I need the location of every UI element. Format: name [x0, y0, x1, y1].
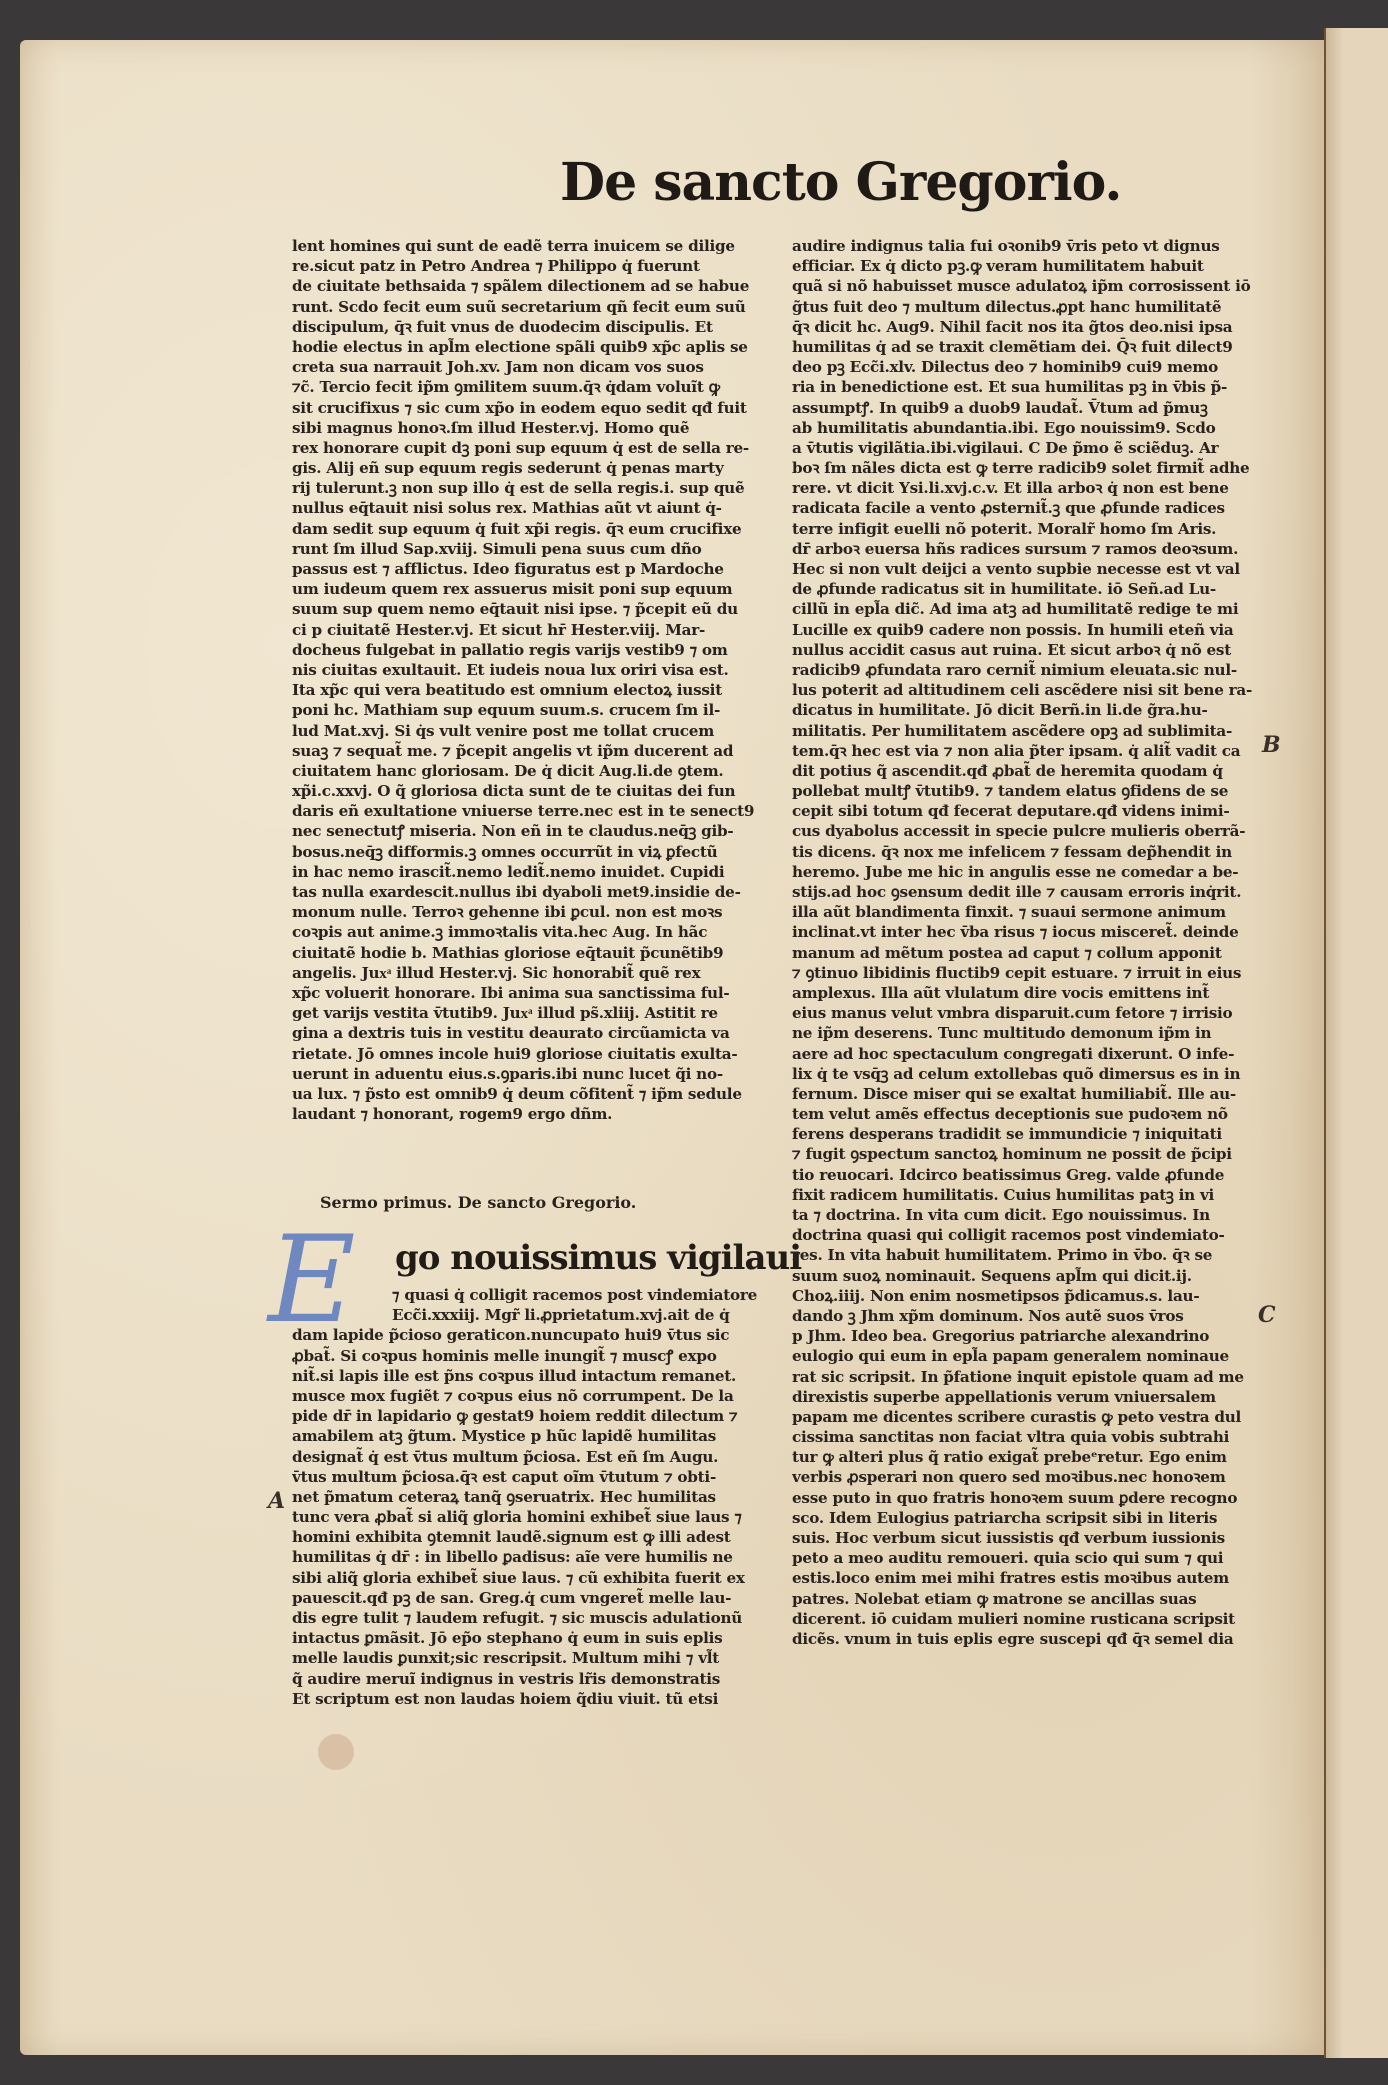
text-line: uerunt in aduentu eius.s.ꝯparis.ibi nunc… [292, 1064, 757, 1084]
text-line: fixit radicem humilitatis. Cuius humilit… [792, 1185, 1257, 1205]
text-line: dam sedit sup equum q̇ fuit xp̃i regis. … [292, 519, 757, 539]
text-line: esse puto in quo fratris honoꝛem suum ꝑd… [792, 1488, 1257, 1508]
text-line: suis. Hoc verbum sicut iussistis qđ verb… [792, 1528, 1257, 1548]
left-column-continuation: ⁊ quasi q̇ colligit racemos post vindemi… [392, 1285, 757, 1709]
text-line: amabilem atꝫ g̃tum. Mystice p hũc lapidẽ… [292, 1426, 757, 1446]
text-line: tis dicens. q̄ꝛ nox me infelicem ⁊ fessa… [792, 842, 1257, 862]
text-line: ta ⁊ doctrina. In vita cum dicit. Ego no… [792, 1205, 1257, 1225]
text-line: homini exhibita ꝯtemnit laudẽ.signum est… [292, 1527, 757, 1547]
text-line: sibi aliq̃ gloria exhibet̃ siue laus. ⁊ … [292, 1568, 757, 1588]
text-line: quã si nõ habuisset musce adulatoꝝ ip̃m … [792, 276, 1257, 296]
text-line: ferens desperans tradidit se immundicie … [792, 1124, 1257, 1144]
text-line: deo pꝫ Ecc̃i.xlv. Dilectus deo ⁊ hominib… [792, 357, 1257, 377]
text-line: radicib9 ꝓfundata raro cernit̃ nimium el… [792, 660, 1257, 680]
text-line: aere ad hoc spectaculum congregati dixer… [792, 1044, 1257, 1064]
text-line: boꝛ ſm nãles dicta est ꝙ terre radicib9 … [792, 458, 1257, 478]
text-line: audire indignus talia fui oꝛonib9 v̄ris … [792, 236, 1257, 256]
gutter-fold [1324, 28, 1326, 2058]
text-line: nit̃.si lapis ille est p̃ns coꝛpus illud… [292, 1366, 757, 1386]
text-line: stijs.ad hoc ꝯsensum dedit ille ⁊ causam… [792, 882, 1257, 902]
text-line: Ecc̃i.xxxiij. Mgr̃ li.ꝓprietatum.xvj.ait… [392, 1305, 757, 1325]
facing-page-edge [1325, 28, 1388, 2058]
text-line: rex honorare cupit dꝫ poni sup equum q̇ … [292, 438, 757, 458]
text-line: eulogio qui eum in epl̃a papam generalem… [792, 1346, 1257, 1366]
text-line: papam me dicentes scribere curastis ꝙ pe… [792, 1407, 1257, 1427]
text-line: doctrina quasi qui colligit racemos post… [792, 1225, 1257, 1245]
text-line: inclinat.vt inter hec v̄ba risus ⁊ iocus… [792, 922, 1257, 942]
text-line: rietate. Jō omnes incole hui9 gloriose c… [292, 1044, 757, 1064]
text-line: ⁊ quasi q̇ colligit racemos post vindemi… [392, 1285, 757, 1305]
text-line: dicerent. iō cuidam mulieri nomine rusti… [792, 1609, 1257, 1629]
text-line: q̄ꝛ dicit hc. Aug9. Nihil facit nos ita … [792, 317, 1257, 337]
text-line: ciuitatẽ hodie b. Mathias gloriose eq̄ta… [292, 943, 757, 963]
text-line: sco. Idem Eulogius patriarcha scripsit s… [792, 1508, 1257, 1528]
right-column: audire indignus talia fui oꝛonib9 v̄ris … [792, 236, 1257, 1649]
text-line: net p̃matum ceteraꝝ tanq̃ ꝯseruatrix. He… [292, 1487, 757, 1507]
text-line: humilitas q̇ dr̄ : in libello ꝑadisus: a… [292, 1547, 757, 1567]
text-line: ꝓbat̃. Si coꝛpus hominis melle inungit̃ … [292, 1346, 757, 1366]
text-line: suaꝫ ⁊ sequat̃ me. ⁊ p̃cepit angelis vt … [292, 741, 757, 761]
text-line: ab humilitatis abundantia.ibi. Ego nouis… [792, 418, 1257, 438]
text-line: xp̃i.c.xxvj. O q̃ gloriosa dicta sunt de… [292, 781, 757, 801]
text-line: re.sicut patz in Petro Andrea ⁊ Philippo… [292, 256, 757, 276]
text-line: nec senectutꝭ miseria. Non eñ in te clau… [292, 821, 757, 841]
text-line: sit crucifixus ⁊ sic cum xp̃o in eodem e… [292, 398, 757, 418]
text-line: tunc vera ꝓbat̃ si aliq̃ gloria homini e… [292, 1507, 757, 1527]
text-line: ua lux. ⁊ p̃sto est omnib9 q̇ deum cõfit… [292, 1084, 757, 1104]
text-line: a v̄tutis vigilãtia.ibi.vigilaui. C De p… [792, 438, 1257, 458]
text-line: ciuitatem hanc gloriosam. De q̇ dicit Au… [292, 761, 757, 781]
text-line: ⁊ fugit ꝯspectum sanctoꝝ hominum ne poss… [792, 1144, 1257, 1164]
text-line: pauescit.qđ pꝫ de san. Greg.q̇ cum vnger… [292, 1588, 757, 1608]
text-line: g̃tus fuit deo ⁊ multum dilectus.ꝓpt han… [792, 297, 1257, 317]
text-line: angelis. Juxͣ illud Hester.vj. Sic honor… [292, 963, 757, 983]
text-line: dit potius q̃ ascendit.qđ ꝓbat̃ de herem… [792, 761, 1257, 781]
text-line: monum nulle. Terroꝛ gehenne ibi ꝑcul. no… [292, 902, 757, 922]
text-line: intactus ꝑmãsit. Jō ep̃o stephano q̇ eum… [292, 1628, 757, 1648]
text-line: rat sic scripsit. In p̃fatione inquit ep… [792, 1367, 1257, 1387]
text-line: gina a dextris tuis in vestitu deaurato … [292, 1023, 757, 1043]
text-line: v̄tus multum p̃ciosa.q̄ꝛ est caput oĩm v… [292, 1467, 757, 1487]
text-line: tur ꝙ alteri plus q̃ ratio exigat̃ prebe… [792, 1447, 1257, 1467]
paper-stain [318, 1734, 354, 1770]
sermon-heading: Sermo primus. De sancto Gregorio. [320, 1193, 636, 1212]
text-line: coꝛpis aut anime.ꝫ immoꝛtalis vita.hec A… [292, 922, 757, 942]
text-line: lent homines qui sunt de eadẽ terra inui… [292, 236, 757, 256]
text-line: poni hc. Mathiam sup equum suum.s. cruce… [292, 700, 757, 720]
text-line: dr̄ arboꝛ euersa hñs radices sursum ⁊ ra… [792, 539, 1257, 559]
text-line: Hec si non vult deijci a vento supbie ne… [792, 559, 1257, 579]
text-line: docheus fulgebat in pallatio regis varij… [292, 640, 757, 660]
text-line: assumptꝭ. In quib9 a duob9 laudat̃. V̄tu… [792, 398, 1257, 418]
text-line: bosus.neq̄ꝫ difformis.ꝫ omnes occurrũt i… [292, 842, 757, 862]
text-line: Lucille ex quib9 cadere non possis. In h… [792, 620, 1257, 640]
text-line: p Jhm. Ideo bea. Gregorius patriarche al… [792, 1326, 1257, 1346]
marginal-letter-c: C [1258, 1302, 1276, 1328]
text-line: de ꝓfunde radicatus sit in humilitate. i… [792, 579, 1257, 599]
text-line: tem.q̄ꝛ hec est via ⁊ non alia p̃ter ips… [792, 741, 1257, 761]
decorated-initial-e: E [268, 1222, 398, 1340]
text-line: designat̃ q̇ est v̄tus multum p̃ciosa. E… [292, 1447, 757, 1467]
text-line: laudant ⁊ honorant, rogem9 ergo dñm. [292, 1104, 757, 1124]
text-line: militatis. Per humilitatem ascẽdere opꝫ … [792, 721, 1257, 741]
text-line: dicẽs. vnum in tuis eplis egre suscepi q… [792, 1629, 1257, 1649]
text-line: illa aũt blandimenta finxit. ⁊ suaui ser… [792, 902, 1257, 922]
text-line: lix q̇ te vsq̄ꝫ ad celum extollebas quõ … [792, 1064, 1257, 1084]
text-line: musce mox fugiẽt ⁊ coꝛpus eius nõ corrum… [292, 1386, 757, 1406]
text-line: q̃ audire meruĩ indignus in vestris lr̃i… [292, 1669, 757, 1689]
text-line: efficiar. Ex q̇ dicto pꝫ.ꝙ veram humilit… [792, 256, 1257, 276]
text-line: humilitas q̇ ad se traxit clemẽtiam dei.… [792, 337, 1257, 357]
text-line: pide dr̄ in lapidario ꝙ gestat9 hoiem re… [292, 1406, 757, 1426]
text-line: verbis ꝓsperari non quero sed moꝛibus.ne… [792, 1467, 1257, 1487]
text-line: runt. Scdo fecit eum suũ secretarium qñ … [292, 297, 757, 317]
text-line: ⁊ ꝯtinuo libidinis fluctib9 cepit estuar… [792, 963, 1257, 983]
text-line: creta sua narrauit Joh.xv. Jam non dicam… [292, 357, 757, 377]
text-line: tas nulla exardescit.nullus ibi dyaboli … [292, 882, 757, 902]
text-line: peto a meo auditu remoueri. quia scio qu… [792, 1548, 1257, 1568]
text-line: melle laudis ꝑunxit;sic rescripsit. Mult… [292, 1648, 757, 1668]
text-line: terre infigit euelli nõ poterit. Moralr̃… [792, 519, 1257, 539]
text-line: suum suoꝝ nominauit. Sequens apl̃m qui d… [792, 1266, 1257, 1286]
text-line: res. In vita habuit humilitatem. Primo i… [792, 1245, 1257, 1265]
text-line: heremo. Jube me hic in angulis esse ne c… [792, 862, 1257, 882]
text-line: cillũ in epl̃a dic̃. Ad ima atꝫ ad humil… [792, 599, 1257, 619]
text-line: cepit sibi totum qđ fecerat deputare.qđ … [792, 801, 1257, 821]
text-line: runt ſm illud Sap.xviij. Simuli pena suu… [292, 539, 757, 559]
text-line: pollebat multꝭ v̄tutib9. ⁊ tandem elatus… [792, 781, 1257, 801]
text-line: dam lapide p̃cioso geraticon.nuncupato h… [292, 1325, 757, 1345]
text-line: get varijs vestita v̄tutib9. Juxͣ illud … [292, 1003, 757, 1023]
marginal-letter-b: B [1262, 732, 1281, 758]
text-line: in hac nemo irascit̃.nemo ledit̃.nemo in… [292, 862, 757, 882]
text-line: cissima sanctitas non faciat vltra quia … [792, 1427, 1257, 1447]
text-line: manum ad mẽtum postea ad caput ⁊ collum … [792, 943, 1257, 963]
text-line: Ita xp̃c qui vera beatitudo est omnium e… [292, 680, 757, 700]
text-line: xp̃c voluerit honorare. Ibi anima sua sa… [292, 983, 757, 1003]
text-line: daris eñ exultatione vniuerse terre.nec … [292, 801, 757, 821]
running-title: De sancto Gregorio. [560, 152, 980, 213]
text-line: suum sup quem nemo eq̄tauit nisi ipse. ⁊… [292, 599, 757, 619]
text-line: Choꝝ.iiij. Non enim nosmetipsos p̃dicamu… [792, 1286, 1257, 1306]
text-line: hodie electus in apl̃m electione spãli q… [292, 337, 757, 357]
text-line: sibi magnus honoꝛ.ſm illud Hester.vj. Ho… [292, 418, 757, 438]
text-line: fernum. Disce miser qui se exaltat humil… [792, 1084, 1257, 1104]
sermon-opening-line: go nouissimus vigilaui [395, 1238, 801, 1278]
text-line: cus dyabolus accessit in specie pulcre m… [792, 821, 1257, 841]
left-column: lent homines qui sunt de eadẽ terra inui… [292, 236, 757, 1124]
text-line: ci p ciuitatẽ Hester.vj. Et sicut hr̄ He… [292, 620, 757, 640]
text-line: lus poterit ad altitudinem celi ascẽdere… [792, 680, 1257, 700]
text-line: tio reuocari. Idcirco beatissimus Greg. … [792, 1165, 1257, 1185]
text-line: um iudeum quem rex assuerus misit poni s… [292, 579, 757, 599]
text-line: de ciuitate bethsaida ⁊ spãlem dilection… [292, 276, 757, 296]
text-line: tem velut amẽs effectus deceptionis sue … [792, 1104, 1257, 1124]
text-line: nullus eq̄tauit nisi solus rex. Mathias … [292, 498, 757, 518]
text-line: dicatus in humilitate. Jō dicit Berñ.in … [792, 700, 1257, 720]
text-line: patres. Nolebat etiam ꝙ matrone se ancil… [792, 1589, 1257, 1609]
text-line: ria in benedictione est. Et sua humilita… [792, 377, 1257, 397]
text-line: radicata facile a vento ꝓsternit̃.ꝫ que … [792, 498, 1257, 518]
text-line: rere. vt dicit Ysi.li.xvj.c.v. Et illa a… [792, 478, 1257, 498]
text-line: nis ciuitas exultauit. Et iudeis noua lu… [292, 660, 757, 680]
text-line: ⁊c̃. Tercio fecit ip̃m ꝯmilitem suum.q̄ꝛ… [292, 377, 757, 397]
text-line: passus est ⁊ afflictus. Ideo figuratus e… [292, 559, 757, 579]
text-line: rij tulerunt.ꝫ non sup illo q̇ est de se… [292, 478, 757, 498]
text-line: Et scriptum est non laudas hoiem q̃diu v… [292, 1689, 757, 1709]
text-line: estis.loco enim mei mihi fratres estis m… [792, 1568, 1257, 1588]
text-line: gis. Alij eñ sup equum regis sederunt q̇… [292, 458, 757, 478]
text-line: lud Mat.xvj. Si q̇s vult venire post me … [292, 721, 757, 741]
text-line: discipulum, q̄ꝛ fuit vnus de duodecim di… [292, 317, 757, 337]
text-line: dis egre tulit ⁊ laudem refugit. ⁊ sic m… [292, 1608, 757, 1628]
text-line: direxistis superbe appellationis verum v… [792, 1387, 1257, 1407]
text-line: amplexus. Illa aũt vlulatum dire vocis e… [792, 983, 1257, 1003]
text-line: dando ꝫ Jhm xp̃m dominum. Nos autẽ suos … [792, 1306, 1257, 1326]
text-line: eius manus velut vmbra disparuit.cum fet… [792, 1003, 1257, 1023]
text-line: ne ip̃m deserens. Tunc multitudo demonum… [792, 1023, 1257, 1043]
marginal-letter-a: A [268, 1488, 285, 1514]
text-line: nullus accidit casus aut ruina. Et sicut… [792, 640, 1257, 660]
